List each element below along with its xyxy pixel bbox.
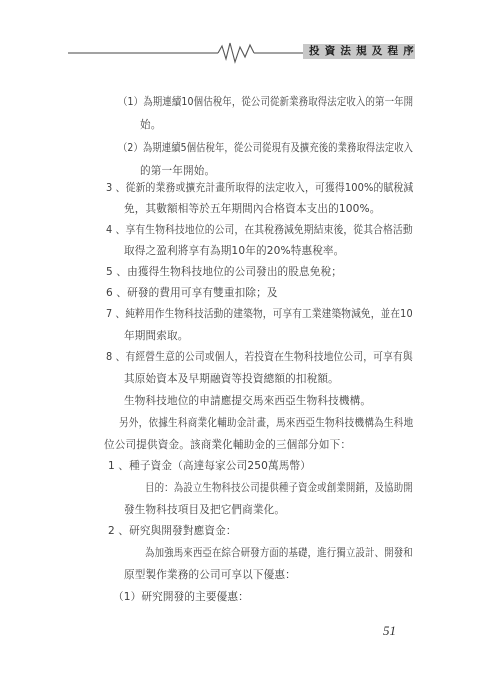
text-line: 始。	[140, 118, 162, 132]
page-header: 投資法規及程序	[0, 0, 480, 70]
text-line: 6 、研發的費用可享有雙重扣除；及	[106, 286, 278, 300]
text-line: 生物科技地位的申請應提交馬來西亞生物科技機構。	[124, 394, 371, 408]
text-line: 2 、研究與開發對應資金：	[108, 524, 237, 538]
section-title-banner: 投資法規及程序	[303, 44, 415, 59]
text-line: 取得之盈利將享有為期10年的20%特惠稅率。	[124, 244, 344, 258]
text-line: 8 、有經營生意的公司或個人，若投資在生物科技地位公司，可享有與	[106, 350, 413, 364]
text-line: 原型製作業務的公司可享以下優惠：	[124, 568, 296, 582]
text-line: 5 、由獲得生物科技地位的公司發出的股息免稅；	[106, 265, 342, 279]
header-rule-zigzag-icon	[0, 0, 480, 70]
text-line: 3 、從新的業務或擴充計畫所取得的法定收入，可獲得100%的賦稅減	[106, 181, 413, 195]
text-line: 另外，依據生科商業化輔助金計畫，馬來西亞生物科技機構為生科地	[119, 416, 413, 430]
text-line: （1）為期連續10個估稅年，從公司從新業務取得法定收入的第一年開	[118, 95, 413, 109]
text-line: 年期間索取。	[124, 329, 188, 343]
text-line: 位公司提供資金。該商業化輔助金的三個部分如下：	[104, 438, 351, 452]
text-line: 1 、種子資金（高達每家公司250萬馬幣）	[108, 459, 311, 473]
text-line: 的第一年開始。	[140, 164, 215, 178]
text-line: 4 、享有生物科技地位的公司，在其稅務減免期結束後，從其合格活動	[106, 223, 413, 237]
text-line: 為加強馬來西亞在綜合研發方面的基礎，進行獨立設計、開發和	[145, 546, 413, 560]
text-line: 免，其數額相等於五年期間內合格資本支出的100%。	[124, 202, 381, 216]
text-line: 其原始資本及早期融資等投資總額的扣稅額。	[124, 372, 339, 386]
text-line: 發生物科技項目及把它們商業化。	[124, 503, 285, 517]
text-line: 7 、純粹用作生物科技活動的建築物，可享有工業建築物減免，並在10	[106, 307, 413, 321]
page-number: 51	[383, 623, 396, 639]
text-line: 目的：為設立生物科技公司提供種子資金或創業開銷，及協助開	[145, 481, 413, 495]
text-line: （2）為期連續5個估稅年，從公司從現有及擴充後的業務取得法定收入	[118, 141, 413, 155]
text-line: （1）研究開發的主要優惠：	[113, 590, 249, 604]
